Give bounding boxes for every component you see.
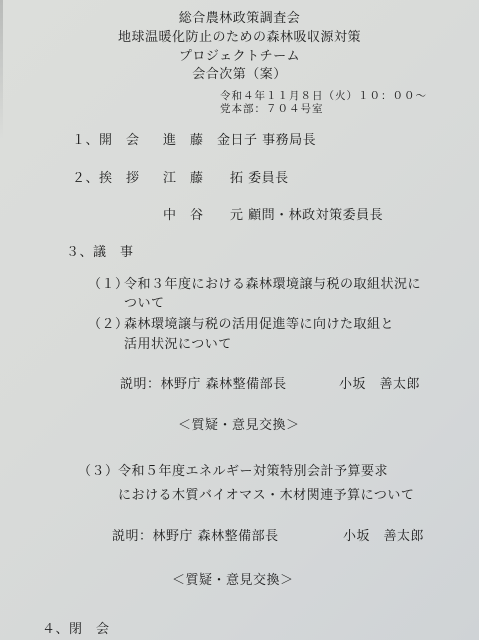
explanation-1: 説明：林野庁 森林整備部長 [120, 377, 287, 393]
explanation-2-person: 小坂 善太郎 [343, 529, 424, 545]
meeting-place: 党本部：７０４号室 [220, 103, 324, 116]
subitem-1-line-1: 令和３年度における森林環境譲与税の取組状況に [124, 277, 421, 293]
explanation-2: 説明：林野庁 森林整備部長 [112, 529, 279, 545]
subitem-3-line-2: における木質バイオマス・木材関連予算について [118, 488, 414, 504]
subitem-2-line-2: 活用状況について [124, 337, 232, 353]
agenda-item-1-person: 進 藤 [163, 133, 204, 149]
meeting-datetime: 令和４年１１月８日（火）１０：００〜 [220, 90, 427, 103]
explanation-1-person: 小坂 善太郎 [339, 377, 420, 393]
qa-session-1: ＜質疑・意見交換＞ [178, 418, 300, 434]
agenda-item-2-speaker-1-role: 拓 委員長 [230, 171, 289, 187]
agenda-item-2-speaker-2-role: 元 顧問・林政対策委員長 [230, 208, 383, 224]
agenda-item-4-label: ４、閉 会 [42, 622, 110, 638]
agenda-item-1-label: １、開 会 [72, 133, 140, 149]
subitem-3-line-1: 令和５年度エネルギー対策特別会計予算要求 [118, 464, 388, 480]
title-measures: 地球温暖化防止のための森林吸収源対策 [0, 30, 479, 46]
subitem-3-number: （３） [78, 464, 119, 480]
subitem-1-number: （１） [88, 277, 129, 293]
title-project-team: プロジェクトチーム [0, 49, 479, 65]
agenda-item-3-label: ３、議 事 [66, 245, 134, 261]
qa-session-2: ＜質疑・意見交換＞ [172, 573, 294, 589]
title-council: 総合農林政策調査会 [0, 11, 479, 27]
agenda-item-2-label: ２、挨 拶 [72, 171, 140, 187]
agenda-item-1-role: 金日子 事務局長 [217, 133, 316, 149]
subitem-2-line-1: 森林環境譲与税の活用促進等に向けた取組と [124, 317, 394, 333]
agenda-item-2-speaker-2-person: 中 谷 [163, 208, 204, 224]
subitem-1-line-2: ついて [124, 296, 165, 312]
subitem-2-number: （２） [88, 317, 129, 333]
title-agenda: 会合次第（案） [0, 67, 479, 83]
agenda-item-2-speaker-1-person: 江 藤 [163, 171, 204, 187]
